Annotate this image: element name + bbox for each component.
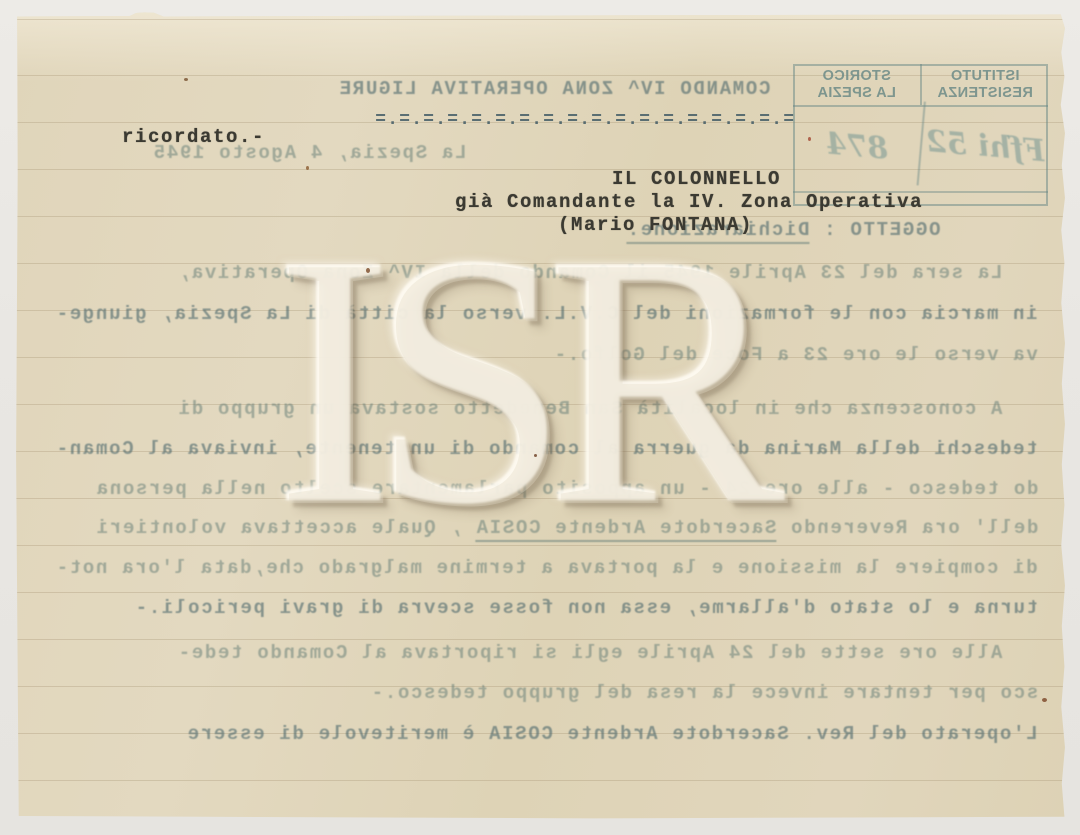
stamp-text: RESISTENZA [922,85,1048,102]
showthrough-body-line: sco per tentare invece la resa del grupp… [370,682,1038,704]
paper-speck [306,166,309,170]
archive-stamp-reference-row: Ffhi 52 874 [793,107,1048,193]
stamp-text: STORICO [793,68,920,85]
closing-word: ricordato.- [122,126,265,148]
stamp-text: LA SPEZIA [793,85,920,102]
scanned-document-photo: COMANDO IV^ ZONA OPERATIVA LIGURE =.=.=.… [0,0,1080,835]
stamp-text: ISTITUTO [922,68,1048,85]
isr-watermark: ISR [276,202,764,562]
paper-speck [534,454,537,457]
stamp-handwriting: 874 [790,102,924,197]
showthrough-subject-label: OGGETTO : [809,219,940,241]
stamp-handwriting: Ffhi 52 [917,102,1052,197]
archive-stamp-title-row: ISTITUTO RESISTENZA STORICO LA SPEZIA [793,64,1048,107]
paper-speck [808,137,811,141]
showthrough-body-line: Alle ore sette del 24 Aprile egli si rip… [177,642,1002,664]
showthrough-priest-pre: dell' ora Reverendo [776,517,1038,539]
showthrough-body-line: L'operato del Rev. Sacerdote Ardente COS… [186,723,1038,745]
archive-stamp-cell-storico: STORICO LA SPEZIA [793,64,920,105]
signature-name: (Mario FONTANA) [558,214,753,236]
paper-speck [366,268,370,273]
paper-speck [184,78,188,81]
archive-stamp-cell-istituto: ISTITUTO RESISTENZA [920,64,1048,105]
signature-title: IL COLONNELLO [612,168,781,190]
showthrough-body-line: turna e lo stato d'allarme, essa non fos… [134,597,1038,619]
showthrough-letterhead: COMANDO IV^ ZONA OPERATIVA LIGURE [338,78,770,100]
signature-role: già Comandante la IV. Zona Operativa [455,191,923,213]
showthrough-letterhead-rule: =.=.=.=.=.=.=.=.=.=.=.=.=.=.=.=.=.= [374,110,794,130]
paper-speck [1042,698,1047,702]
document-page: COMANDO IV^ ZONA OPERATIVA LIGURE =.=.=.… [14,12,1066,820]
archive-stamp: ISTITUTO RESISTENZA STORICO LA SPEZIA Ff… [793,64,1048,206]
